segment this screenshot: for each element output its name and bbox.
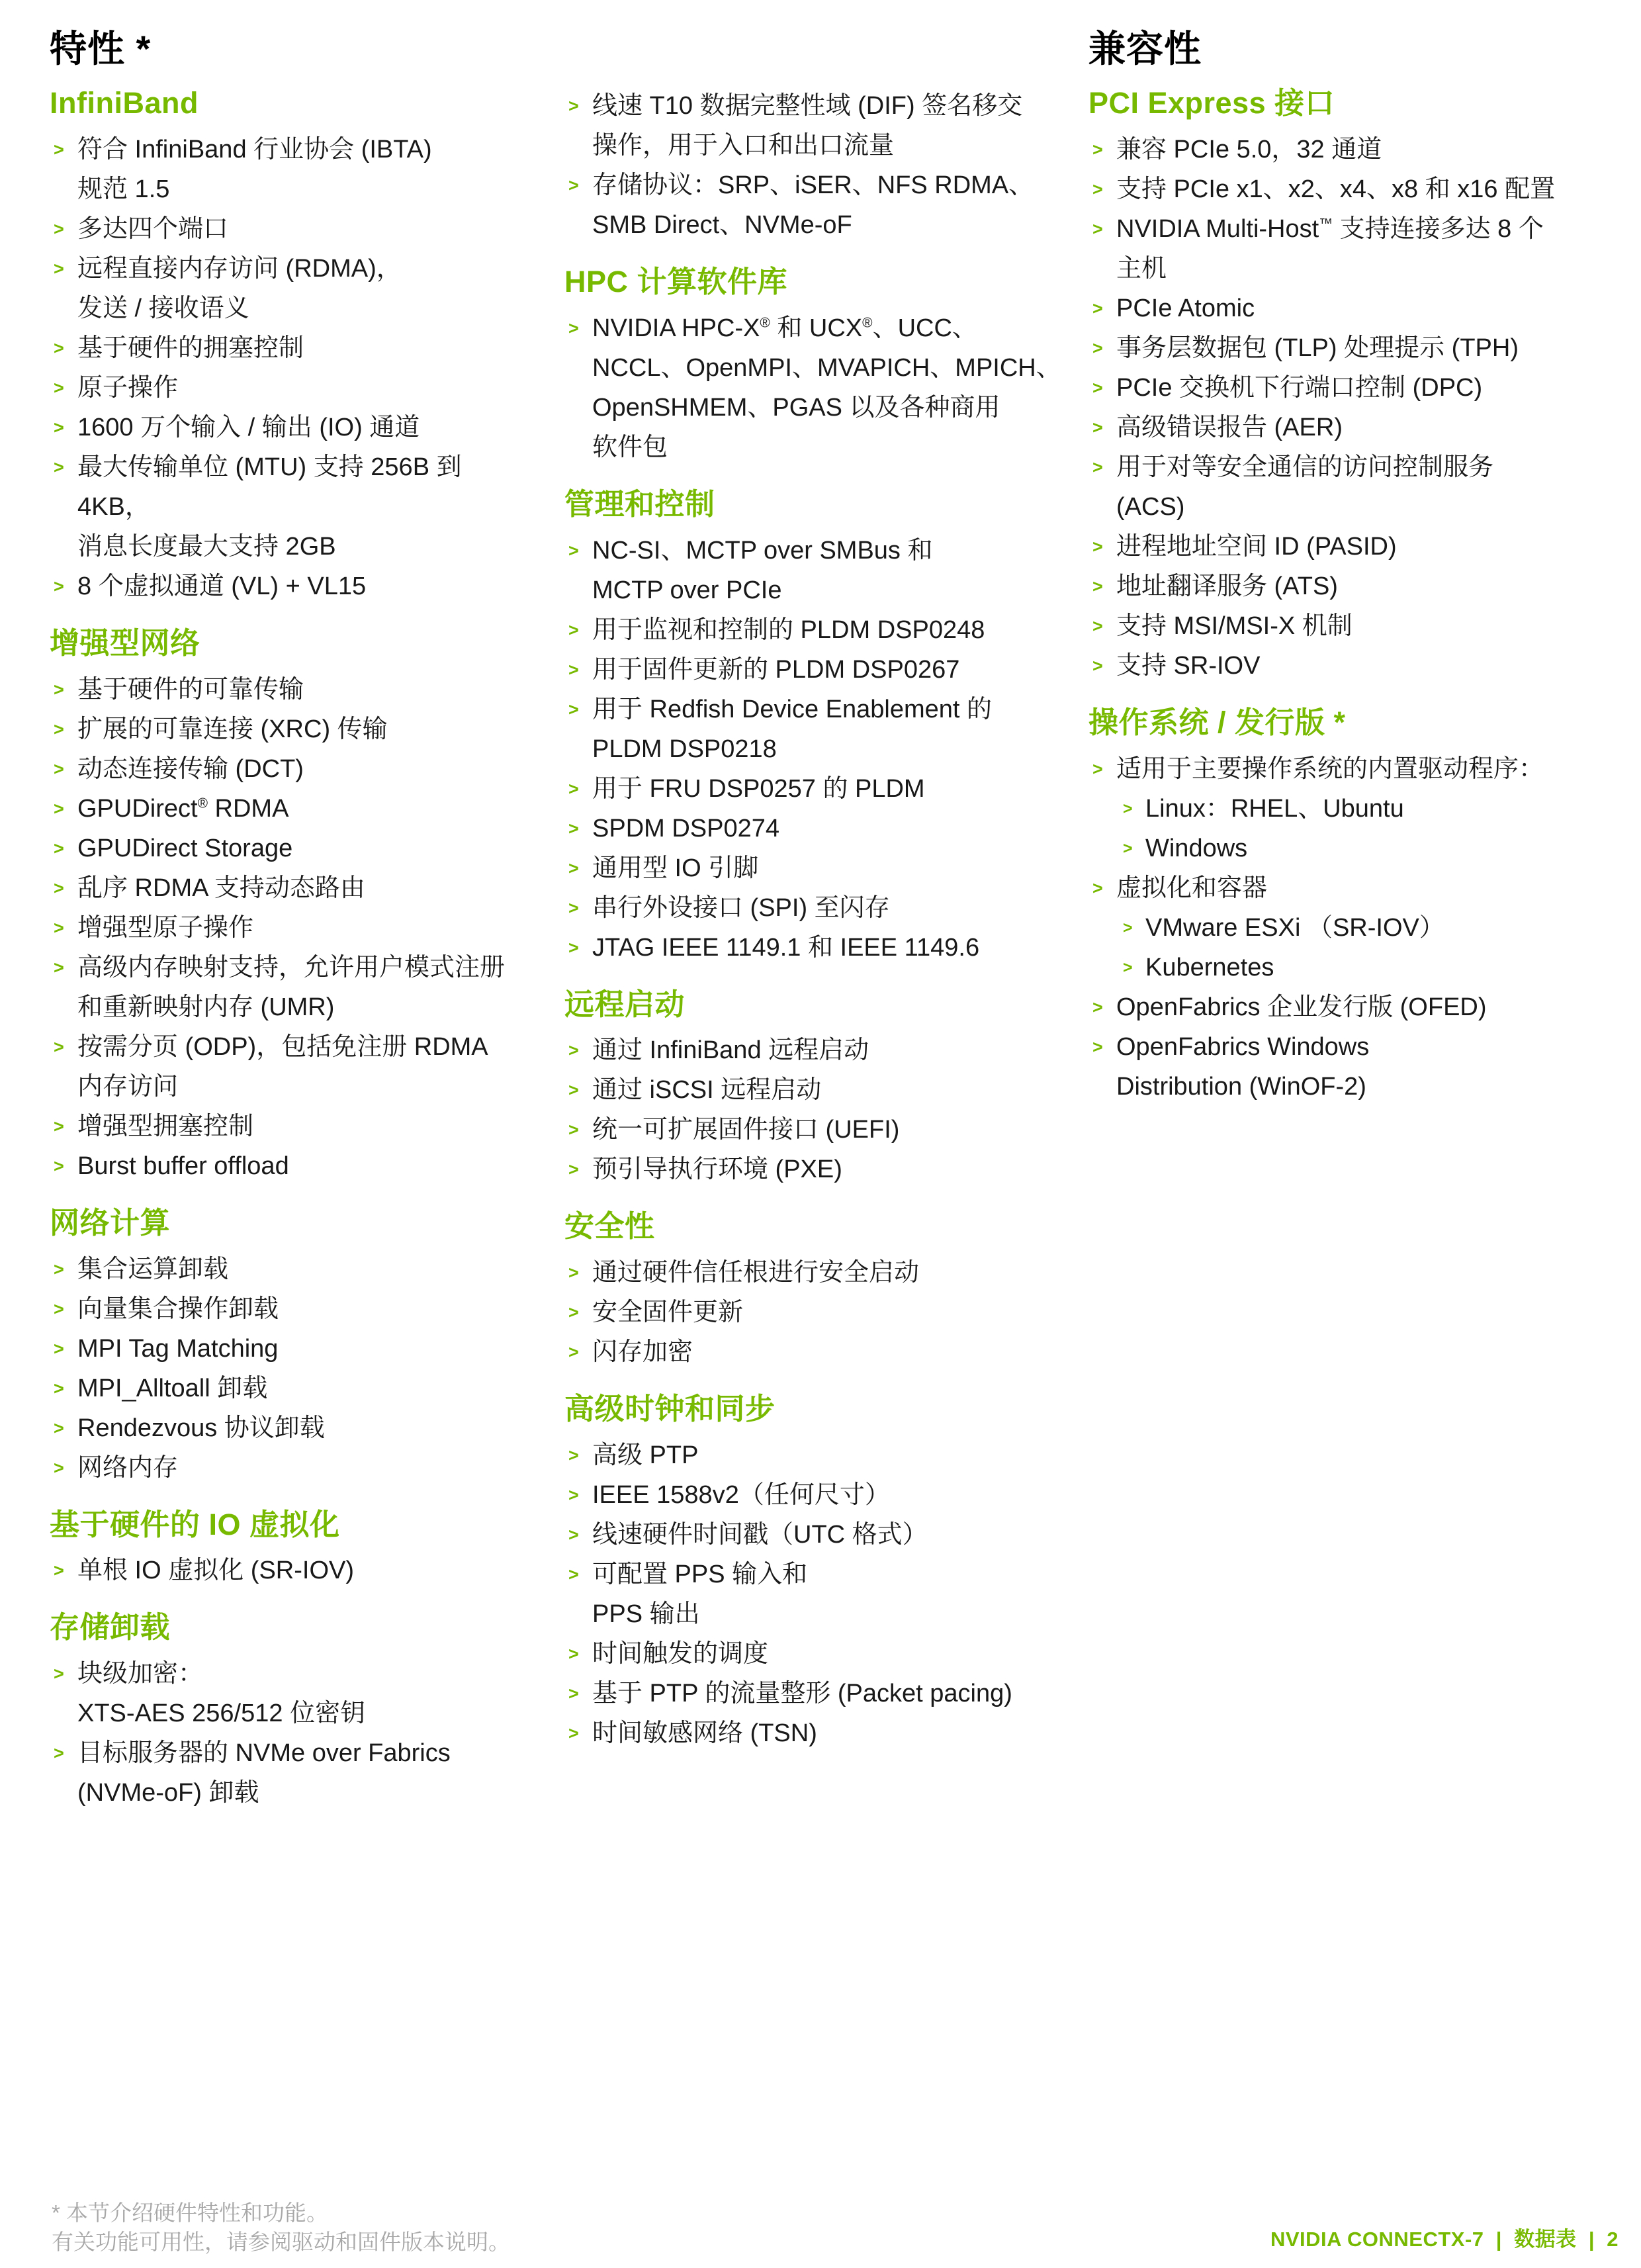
feature-item: >Burst buffer offload bbox=[50, 1146, 539, 1186]
feature-item: >OpenFabrics 企业发行版 (OFED) bbox=[1088, 987, 1618, 1027]
feature-item: >8 个虚拟通道 (VL) + VL15 bbox=[50, 567, 539, 606]
feature-item-text: 虚拟化和容器 bbox=[1116, 868, 1267, 908]
feature-item: >PCIe 交换机下行端口控制 (DPC) bbox=[1088, 368, 1618, 408]
feature-item-text: GPUDirect Storage bbox=[77, 829, 292, 868]
feature-item-text: 动态连接传输 (DCT) bbox=[77, 749, 304, 789]
feature-item: >集合运算卸载 bbox=[50, 1249, 539, 1289]
feature-list: >集合运算卸载>向量集合操作卸载>MPI Tag Matching>MPI_Al… bbox=[50, 1249, 539, 1488]
bullet-chevron-icon: > bbox=[1092, 987, 1116, 1027]
feature-item: >通过 InfiniBand 远程启动 bbox=[564, 1030, 1077, 1070]
feature-item: >SPDM DSP0274 bbox=[564, 809, 1077, 848]
feature-list: >单根 IO 虚拟化 (SR-IOV) bbox=[50, 1551, 539, 1590]
bullet-chevron-icon: > bbox=[568, 690, 592, 729]
feature-item: >GPUDirect Storage bbox=[50, 829, 539, 868]
bullet-chevron-icon: > bbox=[1123, 908, 1145, 948]
feature-item: >支持 SR-IOV bbox=[1088, 646, 1618, 686]
feature-item: >通用型 IO 引脚 bbox=[564, 848, 1077, 888]
feature-item: >向量集合操作卸载 bbox=[50, 1289, 539, 1329]
bullet-chevron-icon: > bbox=[54, 130, 77, 169]
bullet-chevron-icon: > bbox=[568, 165, 592, 205]
feature-item-text: 时间敏感网络 (TSN) bbox=[592, 1713, 817, 1753]
bullet-chevron-icon: > bbox=[54, 709, 77, 749]
feature-item-text: 乱序 RDMA 支持动态路由 bbox=[77, 868, 365, 908]
feature-item: >增强型原子操作 bbox=[50, 908, 539, 948]
feature-item: >OpenFabrics Windows Distribution (WinOF… bbox=[1088, 1027, 1618, 1107]
feature-item-text: NVIDIA Multi-Host™ 支持连接多达 8 个 主机 bbox=[1116, 209, 1544, 289]
feature-item: >高级 PTP bbox=[564, 1435, 1077, 1475]
feature-item-text: 用于 Redfish Device Enablement 的 PLDM DSP0… bbox=[592, 690, 992, 769]
feature-item: >时间敏感网络 (TSN) bbox=[564, 1713, 1077, 1753]
section-heading: 操作系统 / 发行版 * bbox=[1088, 705, 1618, 740]
bullet-chevron-icon: > bbox=[568, 1555, 592, 1594]
feature-item-text: OpenFabrics Windows Distribution (WinOF-… bbox=[1116, 1027, 1369, 1107]
feature-item: >时间触发的调度 bbox=[564, 1634, 1077, 1674]
bullet-chevron-icon: > bbox=[54, 908, 77, 948]
bullet-chevron-icon: > bbox=[1092, 1027, 1116, 1067]
bullet-chevron-icon: > bbox=[54, 1369, 77, 1408]
feature-item-text: NVIDIA HPC-X® 和 UCX®、UCC、 NCCL、OpenMPI、M… bbox=[592, 308, 1061, 467]
feature-item: >用于对等安全通信的访问控制服务 (ACS) bbox=[1088, 447, 1618, 527]
feature-item: >1600 万个输入 / 输出 (IO) 通道 bbox=[50, 408, 539, 447]
bullet-chevron-icon: > bbox=[1092, 868, 1116, 908]
feature-item-text: 统一可扩展固件接口 (UEFI) bbox=[592, 1110, 899, 1150]
footnote: * 本节介绍硬件特性和功能。 有关功能可用性，请参阅驱动和固件版本说明。 bbox=[52, 2199, 510, 2257]
feature-item: >NC-SI、MCTP over SMBus 和 MCTP over PCIe bbox=[564, 531, 1077, 610]
feature-item-text: Kubernetes bbox=[1145, 948, 1274, 987]
bullet-chevron-icon: > bbox=[1092, 368, 1116, 408]
feature-item-text: 高级内存映射支持，允许用户模式注册 和重新映射内存 (UMR) bbox=[77, 948, 505, 1027]
bullet-chevron-icon: > bbox=[1092, 289, 1116, 328]
feature-item-text: 用于监视和控制的 PLDM DSP0248 bbox=[592, 610, 985, 650]
feature-item: >存储协议：SRP、iSER、NFS RDMA、 SMB Direct、NVMe… bbox=[564, 165, 1077, 245]
bullet-chevron-icon: > bbox=[54, 567, 77, 606]
bullet-chevron-icon: > bbox=[568, 1293, 592, 1332]
feature-item: >用于 Redfish Device Enablement 的 PLDM DSP… bbox=[564, 690, 1077, 769]
feature-item: >符合 InfiniBand 行业协会 (IBTA) 规范 1.5 bbox=[50, 130, 539, 209]
bullet-chevron-icon: > bbox=[1123, 948, 1145, 987]
feature-item-text: IEEE 1588v2（任何尺寸） bbox=[592, 1475, 890, 1515]
feature-item: >虚拟化和容器 bbox=[1088, 868, 1618, 908]
bullet-chevron-icon: > bbox=[54, 1289, 77, 1329]
feature-item-text: 支持 MSI/MSI-X 机制 bbox=[1116, 606, 1353, 646]
section-heading: PCI Express 接口 bbox=[1088, 86, 1618, 120]
feature-item-text: 线速 T10 数据完整性域 (DIF) 签名移交 操作，用于入口和出口流量 bbox=[592, 86, 1022, 165]
column-features: 特性 *InfiniBand>符合 InfiniBand 行业协会 (IBTA)… bbox=[50, 28, 539, 1813]
section-heading: 远程启动 bbox=[564, 987, 1077, 1022]
feature-item-text: JTAG IEEE 1149.1 和 IEEE 1149.6 bbox=[592, 928, 979, 968]
bullet-chevron-icon: > bbox=[54, 1654, 77, 1694]
feature-item: >动态连接传输 (DCT) bbox=[50, 749, 539, 789]
section-heading: 管理和控制 bbox=[564, 487, 1077, 522]
bullet-chevron-icon: > bbox=[54, 749, 77, 789]
feature-item: >用于固件更新的 PLDM DSP0267 bbox=[564, 650, 1077, 690]
feature-item: >预引导执行环境 (PXE) bbox=[564, 1150, 1077, 1189]
bullet-chevron-icon: > bbox=[568, 1435, 592, 1475]
feature-item: >MPI_Alltoall 卸载 bbox=[50, 1369, 539, 1408]
feature-item: >NVIDIA HPC-X® 和 UCX®、UCC、 NCCL、OpenMPI、… bbox=[564, 308, 1077, 467]
feature-item: >MPI Tag Matching bbox=[50, 1329, 539, 1369]
bullet-chevron-icon: > bbox=[1092, 328, 1116, 368]
bullet-chevron-icon: > bbox=[54, 1107, 77, 1146]
feature-item-text: 串行外设接口 (SPI) 至闪存 bbox=[592, 888, 890, 928]
feature-item: >进程地址空间 ID (PASID) bbox=[1088, 527, 1618, 567]
feature-item-text: 网络内存 bbox=[77, 1448, 178, 1488]
feature-item-text: 通过硬件信任根进行安全启动 bbox=[592, 1253, 919, 1293]
bullet-chevron-icon: > bbox=[568, 928, 592, 968]
column-title-compatibility: 兼容性 bbox=[1088, 28, 1618, 70]
feature-item: >串行外设接口 (SPI) 至闪存 bbox=[564, 888, 1077, 928]
bullet-chevron-icon: > bbox=[54, 1249, 77, 1289]
bullet-chevron-icon: > bbox=[54, 447, 77, 487]
bullet-chevron-icon: > bbox=[54, 1146, 77, 1186]
feature-item-text: 块级加密： XTS-AES 256/512 位密钥 bbox=[77, 1654, 365, 1733]
feature-item-text: 高级错误报告 (AER) bbox=[1116, 408, 1343, 447]
bullet-chevron-icon: > bbox=[54, 1551, 77, 1590]
feature-item: >高级错误报告 (AER) bbox=[1088, 408, 1618, 447]
feature-item-text: Burst buffer offload bbox=[77, 1146, 289, 1186]
feature-item-text: 多达四个端口 bbox=[77, 209, 228, 249]
feature-item-text: VMware ESXi （SR-IOV） bbox=[1145, 908, 1444, 948]
feature-item: >块级加密： XTS-AES 256/512 位密钥 bbox=[50, 1654, 539, 1733]
feature-item: >单根 IO 虚拟化 (SR-IOV) bbox=[50, 1551, 539, 1590]
bullet-chevron-icon: > bbox=[54, 249, 77, 289]
bullet-chevron-icon: > bbox=[54, 1448, 77, 1488]
bullet-chevron-icon: > bbox=[568, 86, 592, 126]
feature-item-text: 安全固件更新 bbox=[592, 1293, 743, 1332]
bullet-chevron-icon: > bbox=[568, 769, 592, 809]
bullet-chevron-icon: > bbox=[1092, 646, 1116, 686]
bullet-chevron-icon: > bbox=[54, 948, 77, 987]
feature-item-text: 目标服务器的 NVMe over Fabrics (NVMe-oF) 卸载 bbox=[77, 1733, 451, 1813]
bullet-chevron-icon: > bbox=[54, 789, 77, 829]
bullet-chevron-icon: > bbox=[1092, 749, 1116, 789]
feature-item: >统一可扩展固件接口 (UEFI) bbox=[564, 1110, 1077, 1150]
bullet-chevron-icon: > bbox=[54, 1027, 77, 1067]
feature-item-text: 兼容 PCIe 5.0，32 通道 bbox=[1116, 130, 1382, 169]
feature-item-text: SPDM DSP0274 bbox=[592, 809, 779, 848]
feature-item: >事务层数据包 (TLP) 处理提示 (TPH) bbox=[1088, 328, 1618, 368]
feature-item: >原子操作 bbox=[50, 368, 539, 408]
bullet-chevron-icon: > bbox=[568, 1070, 592, 1110]
feature-item-text: 预引导执行环境 (PXE) bbox=[592, 1150, 842, 1189]
feature-item: >按需分页 (ODP)，包括免注册 RDMA 内存访问 bbox=[50, 1027, 539, 1107]
registered-trademark-symbol: ™ bbox=[1319, 216, 1333, 231]
bullet-chevron-icon: > bbox=[1092, 169, 1116, 209]
feature-item-text: MPI Tag Matching bbox=[77, 1329, 278, 1369]
feature-item: >基于硬件的拥塞控制 bbox=[50, 328, 539, 368]
feature-item-text: 支持 SR-IOV bbox=[1116, 646, 1260, 686]
feature-item: >NVIDIA Multi-Host™ 支持连接多达 8 个 主机 bbox=[1088, 209, 1618, 289]
feature-item-text: 支持 PCIe x1、x2、x4、x8 和 x16 配置 bbox=[1116, 169, 1555, 209]
bullet-chevron-icon: > bbox=[568, 888, 592, 928]
feature-item-text: 时间触发的调度 bbox=[592, 1634, 768, 1674]
feature-list: >符合 InfiniBand 行业协会 (IBTA) 规范 1.5>多达四个端口… bbox=[50, 130, 539, 606]
feature-item-text: 通用型 IO 引脚 bbox=[592, 848, 758, 888]
feature-item: >扩展的可靠连接 (XRC) 传输 bbox=[50, 709, 539, 749]
feature-item-text: 适用于主要操作系统的内置驱动程序： bbox=[1116, 749, 1544, 789]
bullet-chevron-icon: > bbox=[568, 1110, 592, 1150]
feature-item-text: 进程地址空间 ID (PASID) bbox=[1116, 527, 1397, 567]
feature-item: >用于监视和控制的 PLDM DSP0248 bbox=[564, 610, 1077, 650]
feature-item-text: 原子操作 bbox=[77, 368, 178, 408]
feature-item-text: 1600 万个输入 / 输出 (IO) 通道 bbox=[77, 408, 420, 447]
feature-list: >基于硬件的可靠传输>扩展的可靠连接 (XRC) 传输>动态连接传输 (DCT)… bbox=[50, 670, 539, 1186]
feature-item-text: NC-SI、MCTP over SMBus 和 MCTP over PCIe bbox=[592, 531, 933, 610]
feature-list: >高级 PTP>IEEE 1588v2（任何尺寸）>线速硬件时间戳（UTC 格式… bbox=[564, 1435, 1077, 1753]
feature-item-text: 扩展的可靠连接 (XRC) 传输 bbox=[77, 709, 388, 749]
feature-item-text: 基于硬件的可靠传输 bbox=[77, 670, 304, 709]
bullet-chevron-icon: > bbox=[1092, 606, 1116, 646]
feature-item-text: 用于对等安全通信的访问控制服务 (ACS) bbox=[1116, 447, 1493, 527]
feature-item: >基于硬件的可靠传输 bbox=[50, 670, 539, 709]
feature-list: >兼容 PCIe 5.0，32 通道>支持 PCIe x1、x2、x4、x8 和… bbox=[1088, 130, 1618, 686]
bullet-chevron-icon: > bbox=[1092, 130, 1116, 169]
feature-item: >兼容 PCIe 5.0，32 通道 bbox=[1088, 130, 1618, 169]
feature-item-text: 集合运算卸载 bbox=[77, 1249, 228, 1289]
feature-item-text: 单根 IO 虚拟化 (SR-IOV) bbox=[77, 1551, 354, 1590]
feature-item-text: 增强型原子操作 bbox=[77, 908, 253, 948]
feature-item-text: 通过 InfiniBand 远程启动 bbox=[592, 1030, 869, 1070]
registered-trademark-symbol: ® bbox=[862, 315, 872, 330]
bullet-chevron-icon: > bbox=[568, 650, 592, 690]
section-heading: 网络计算 bbox=[50, 1206, 539, 1240]
bullet-chevron-icon: > bbox=[568, 308, 592, 348]
registered-trademark-symbol: ® bbox=[198, 795, 208, 811]
feature-item-text: 按需分页 (ODP)，包括免注册 RDMA 内存访问 bbox=[77, 1027, 488, 1107]
feature-list: >NVIDIA HPC-X® 和 UCX®、UCC、 NCCL、OpenMPI、… bbox=[564, 308, 1077, 467]
feature-item-text: 基于 PTP 的流量整形 (Packet pacing) bbox=[592, 1674, 1012, 1713]
feature-item-text: Linux：RHEL、Ubuntu bbox=[1145, 789, 1404, 829]
section-heading: InfiniBand bbox=[50, 86, 539, 120]
feature-item-text: 可配置 PPS 输入和 PPS 输出 bbox=[592, 1555, 807, 1634]
footnote-line-1: * 本节介绍硬件特性和功能。 bbox=[52, 2199, 510, 2228]
feature-item-text: 用于固件更新的 PLDM DSP0267 bbox=[592, 650, 959, 690]
feature-item: >增强型拥塞控制 bbox=[50, 1107, 539, 1146]
feature-item-text: 远程直接内存访问 (RDMA)， 发送 / 接收语义 bbox=[77, 249, 402, 328]
feature-item: >网络内存 bbox=[50, 1448, 539, 1488]
feature-item: >支持 MSI/MSI-X 机制 bbox=[1088, 606, 1618, 646]
feature-item: >多达四个端口 bbox=[50, 209, 539, 249]
feature-item: >最大传输单位 (MTU) 支持 256B 到 4KB， 消息长度最大支持 2G… bbox=[50, 447, 539, 567]
feature-item: >可配置 PPS 输入和 PPS 输出 bbox=[564, 1555, 1077, 1634]
feature-item: >线速 T10 数据完整性域 (DIF) 签名移交 操作，用于入口和出口流量 bbox=[564, 86, 1077, 165]
bullet-chevron-icon: > bbox=[54, 1408, 77, 1448]
feature-item-text: 符合 InfiniBand 行业协会 (IBTA) 规范 1.5 bbox=[77, 130, 432, 209]
section-heading: 安全性 bbox=[564, 1209, 1077, 1244]
feature-item-text: Rendezvous 协议卸载 bbox=[77, 1408, 325, 1448]
bullet-chevron-icon: > bbox=[54, 368, 77, 408]
feature-item-text: 最大传输单位 (MTU) 支持 256B 到 4KB， 消息长度最大支持 2GB bbox=[77, 447, 539, 567]
registered-trademark-symbol: ® bbox=[760, 315, 770, 330]
feature-item: >远程直接内存访问 (RDMA)， 发送 / 接收语义 bbox=[50, 249, 539, 328]
feature-item: >JTAG IEEE 1149.1 和 IEEE 1149.6 bbox=[564, 928, 1077, 968]
feature-item-text: 闪存加密 bbox=[592, 1332, 693, 1372]
feature-item: >高级内存映射支持，允许用户模式注册 和重新映射内存 (UMR) bbox=[50, 948, 539, 1027]
bullet-chevron-icon: > bbox=[1092, 447, 1116, 487]
feature-item-text: 增强型拥塞控制 bbox=[77, 1107, 253, 1146]
feature-item-text: OpenFabrics 企业发行版 (OFED) bbox=[1116, 987, 1487, 1027]
feature-item: >用于 FRU DSP0257 的 PLDM bbox=[564, 769, 1077, 809]
bullet-chevron-icon: > bbox=[568, 848, 592, 888]
bullet-chevron-icon: > bbox=[54, 670, 77, 709]
bullet-chevron-icon: > bbox=[1092, 567, 1116, 606]
feature-item: >线速硬件时间戳（UTC 格式） bbox=[564, 1515, 1077, 1555]
bullet-chevron-icon: > bbox=[568, 1253, 592, 1293]
feature-item: >目标服务器的 NVMe over Fabrics (NVMe-oF) 卸载 bbox=[50, 1733, 539, 1813]
bullet-chevron-icon: > bbox=[568, 610, 592, 650]
section-heading: 存储卸载 bbox=[50, 1610, 539, 1645]
feature-item-text: 8 个虚拟通道 (VL) + VL15 bbox=[77, 567, 366, 606]
feature-item: >乱序 RDMA 支持动态路由 bbox=[50, 868, 539, 908]
feature-item: >通过 iSCSI 远程启动 bbox=[564, 1070, 1077, 1110]
bullet-chevron-icon: > bbox=[1092, 408, 1116, 447]
bullet-chevron-icon: > bbox=[54, 209, 77, 249]
bullet-chevron-icon: > bbox=[1123, 789, 1145, 829]
feature-item: >Rendezvous 协议卸载 bbox=[50, 1408, 539, 1448]
feature-item-text: Windows bbox=[1145, 829, 1247, 868]
feature-item: >闪存加密 bbox=[564, 1332, 1077, 1372]
feature-item-text: 基于硬件的拥塞控制 bbox=[77, 328, 304, 368]
feature-item: >IEEE 1588v2（任何尺寸） bbox=[564, 1475, 1077, 1515]
feature-item-text: PCIe Atomic bbox=[1116, 289, 1255, 328]
datasheet-page: { "bullet_glyph": ">", "colors": { "acce… bbox=[0, 0, 1641, 2268]
feature-item-text: 向量集合操作卸载 bbox=[77, 1289, 279, 1329]
feature-item-text: 线速硬件时间戳（UTC 格式） bbox=[592, 1515, 928, 1555]
feature-item: >PCIe Atomic bbox=[1088, 289, 1618, 328]
bullet-chevron-icon: > bbox=[1092, 527, 1116, 567]
feature-item-text: PCIe 交换机下行端口控制 (DPC) bbox=[1116, 368, 1482, 408]
feature-item-text: MPI_Alltoall 卸载 bbox=[77, 1369, 267, 1408]
bullet-chevron-icon: > bbox=[54, 829, 77, 868]
bullet-chevron-icon: > bbox=[54, 868, 77, 908]
bullet-chevron-icon: > bbox=[1092, 209, 1116, 249]
bullet-chevron-icon: > bbox=[54, 1733, 77, 1773]
bullet-chevron-icon: > bbox=[54, 408, 77, 447]
section-heading: 高级时钟和同步 bbox=[564, 1392, 1077, 1426]
section-heading: 增强型网络 bbox=[50, 626, 539, 660]
feature-item-text: 用于 FRU DSP0257 的 PLDM bbox=[592, 769, 925, 809]
feature-list: >通过 InfiniBand 远程启动>通过 iSCSI 远程启动>统一可扩展固… bbox=[564, 1030, 1077, 1189]
section-heading: HPC 计算软件库 bbox=[564, 265, 1077, 299]
feature-item: >地址翻译服务 (ATS) bbox=[1088, 567, 1618, 606]
bullet-chevron-icon: > bbox=[568, 1674, 592, 1713]
feature-list: >通过硬件信任根进行安全启动>安全固件更新>闪存加密 bbox=[564, 1253, 1077, 1372]
feature-item: >安全固件更新 bbox=[564, 1293, 1077, 1332]
feature-item-text: 通过 iSCSI 远程启动 bbox=[592, 1070, 821, 1110]
column-title-features: 特性 * bbox=[50, 28, 539, 70]
feature-item-text: 地址翻译服务 (ATS) bbox=[1116, 567, 1338, 606]
feature-list: >块级加密： XTS-AES 256/512 位密钥>目标服务器的 NVMe o… bbox=[50, 1654, 539, 1813]
feature-item: >支持 PCIe x1、x2、x4、x8 和 x16 配置 bbox=[1088, 169, 1618, 209]
section-heading: 基于硬件的 IO 虚拟化 bbox=[50, 1508, 539, 1542]
feature-list: >NC-SI、MCTP over SMBus 和 MCTP over PCIe>… bbox=[564, 531, 1077, 968]
bullet-chevron-icon: > bbox=[568, 1332, 592, 1372]
feature-subitem: >Windows bbox=[1088, 829, 1618, 868]
feature-item: >通过硬件信任根进行安全启动 bbox=[564, 1253, 1077, 1293]
feature-subitem: >Kubernetes bbox=[1088, 948, 1618, 987]
feature-item: >基于 PTP 的流量整形 (Packet pacing) bbox=[564, 1674, 1077, 1713]
bullet-chevron-icon: > bbox=[568, 1475, 592, 1515]
feature-subitem: >VMware ESXi （SR-IOV） bbox=[1088, 908, 1618, 948]
feature-item-text: 存储协议：SRP、iSER、NFS RDMA、 SMB Direct、NVMe-… bbox=[592, 165, 1034, 245]
bullet-chevron-icon: > bbox=[1123, 829, 1145, 868]
feature-item-text: 事务层数据包 (TLP) 处理提示 (TPH) bbox=[1116, 328, 1519, 368]
bullet-chevron-icon: > bbox=[54, 328, 77, 368]
bullet-chevron-icon: > bbox=[568, 1030, 592, 1070]
feature-item: >GPUDirect® RDMA bbox=[50, 789, 539, 829]
bullet-chevron-icon: > bbox=[568, 531, 592, 570]
feature-item-text: 高级 PTP bbox=[592, 1435, 698, 1475]
bullet-chevron-icon: > bbox=[568, 809, 592, 848]
bullet-chevron-icon: > bbox=[568, 1150, 592, 1189]
column-features-continued: >线速 T10 数据完整性域 (DIF) 签名移交 操作，用于入口和出口流量>存… bbox=[564, 86, 1077, 1753]
feature-list: >适用于主要操作系统的内置驱动程序：>Linux：RHEL、Ubuntu>Win… bbox=[1088, 749, 1618, 1107]
page-footer-info: NVIDIA CONNECTX-7 | 数据表 | 2 bbox=[1270, 2222, 1619, 2252]
bullet-chevron-icon: > bbox=[54, 1329, 77, 1369]
bullet-chevron-icon: > bbox=[568, 1713, 592, 1753]
column-compatibility: 兼容性PCI Express 接口>兼容 PCIe 5.0，32 通道>支持 P… bbox=[1088, 28, 1618, 1107]
bullet-chevron-icon: > bbox=[568, 1634, 592, 1674]
feature-list: >线速 T10 数据完整性域 (DIF) 签名移交 操作，用于入口和出口流量>存… bbox=[564, 86, 1077, 245]
feature-item: >适用于主要操作系统的内置驱动程序： bbox=[1088, 749, 1618, 789]
footnote-line-2: 有关功能可用性，请参阅驱动和固件版本说明。 bbox=[52, 2228, 510, 2257]
bullet-chevron-icon: > bbox=[568, 1515, 592, 1555]
feature-item-text: GPUDirect® RDMA bbox=[77, 789, 288, 829]
feature-subitem: >Linux：RHEL、Ubuntu bbox=[1088, 789, 1618, 829]
